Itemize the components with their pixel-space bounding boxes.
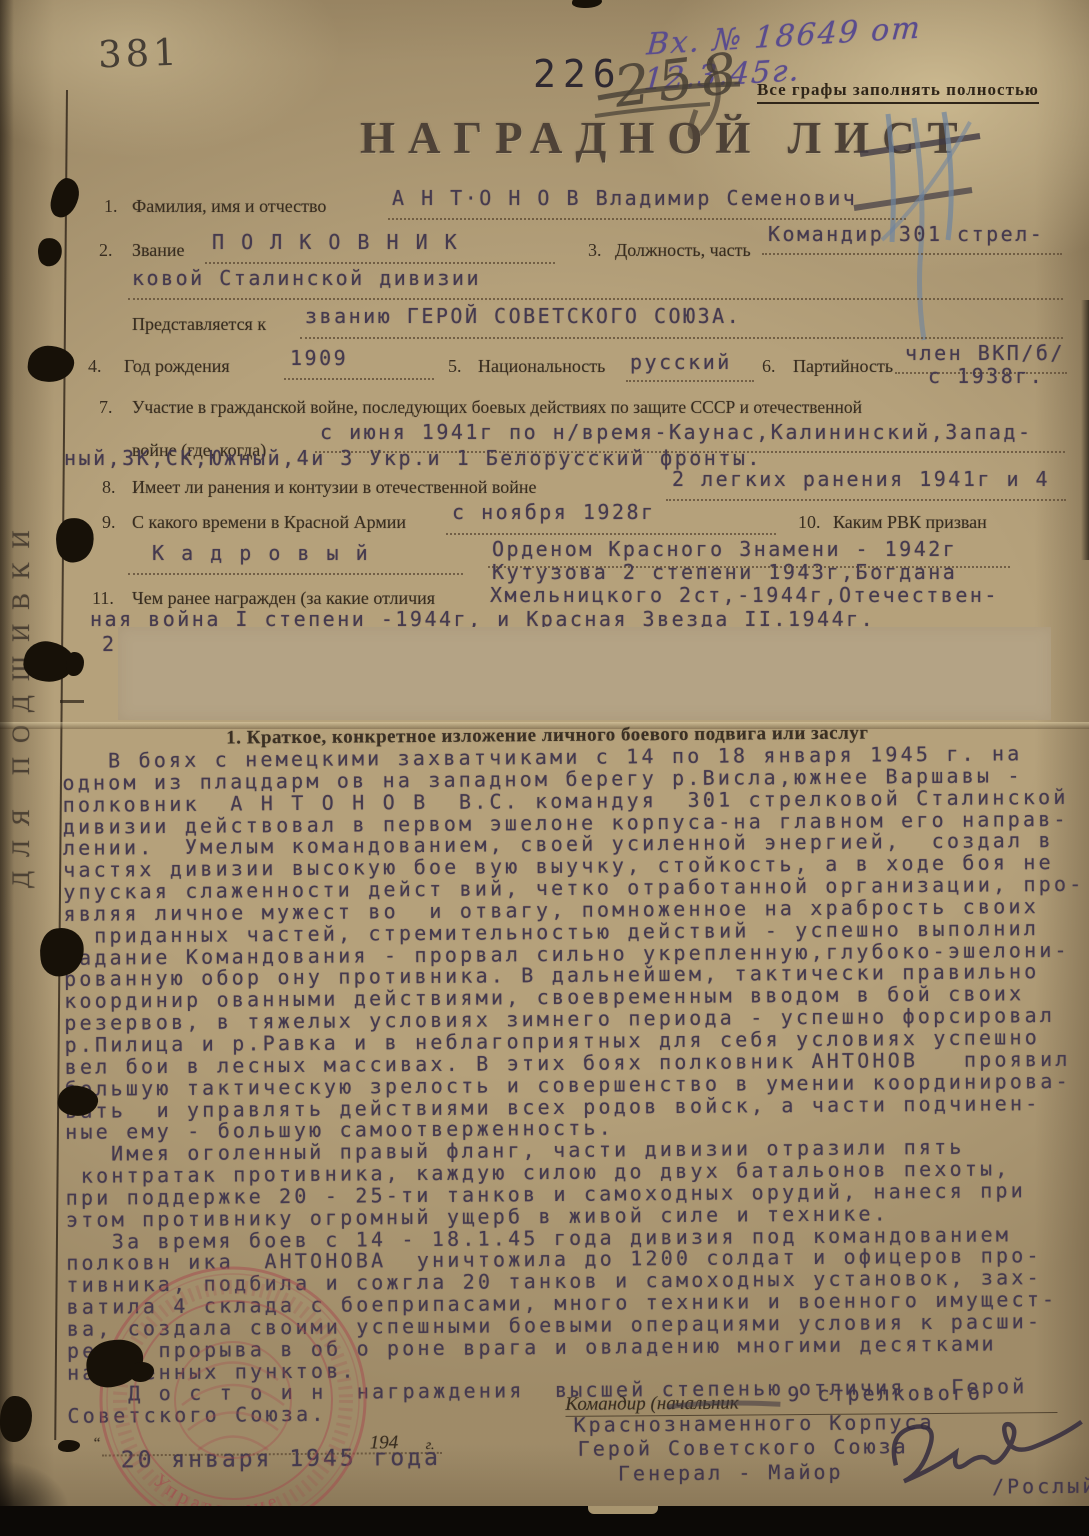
award-sheet-scan: 381 Вх. № 18649 от 12.3.45г. 226 258 Все… bbox=[0, 0, 1089, 1536]
signature-name: /Рослый/ bbox=[992, 1474, 1089, 1499]
form-line bbox=[626, 379, 754, 382]
rank-line: Генерал - Майор bbox=[618, 1460, 844, 1486]
form-line bbox=[128, 297, 1063, 300]
field6-value-line2: с 1938г. bbox=[928, 364, 1044, 388]
fill-instruction: Все графы заполнять полностью bbox=[757, 80, 1039, 104]
field11-label: Чем ранее награжден (за какие отличия bbox=[132, 588, 435, 609]
field1-value: А Н Т·О Н О В Владимир Семенович bbox=[392, 186, 857, 210]
field11-number: 11. bbox=[92, 588, 114, 609]
field9-label: С какого времени в Красной Армии bbox=[132, 512, 406, 533]
scan-edge-left bbox=[0, 0, 14, 1536]
field12-partial: 2 bbox=[102, 632, 117, 656]
awards-line3: Хмельницкого 2ст,-1944г,Отечествен- bbox=[490, 583, 999, 607]
field5-value: русский bbox=[630, 350, 732, 374]
form-line bbox=[762, 252, 1062, 255]
field6-value-line1: член ВКП/б/ bbox=[905, 341, 1065, 365]
form-line bbox=[666, 498, 1066, 501]
form-line bbox=[388, 217, 906, 220]
punch-hole bbox=[27, 344, 76, 384]
field3-number: 3. bbox=[588, 240, 602, 261]
field2-label: Звание bbox=[132, 240, 185, 261]
field7-label: Участие в гражданской войне, последующих… bbox=[132, 397, 862, 418]
field10-value: К а д р о в ы й bbox=[152, 541, 370, 565]
field2-number: 2. bbox=[99, 240, 113, 261]
field4-number: 4. bbox=[88, 356, 102, 377]
field10-number: 10. bbox=[798, 512, 821, 533]
erased-region bbox=[118, 627, 1051, 720]
punch-hole bbox=[53, 516, 97, 565]
field7-number: 7. bbox=[99, 397, 113, 418]
field3-value-line1: Командир 301 стрел- bbox=[768, 222, 1044, 246]
field3-label: Должность, часть bbox=[615, 240, 751, 261]
punch-hole bbox=[66, 652, 84, 676]
corner-shadow bbox=[0, 1460, 70, 1510]
form-line bbox=[284, 377, 434, 380]
punch-hole bbox=[48, 175, 83, 220]
hero-line: Герой Советского Союза bbox=[578, 1434, 909, 1461]
field10-label: Каким РВК призван bbox=[833, 512, 987, 533]
present-label: Представляется к bbox=[132, 314, 266, 335]
field8-value: 2 легких ранения 1941г и 4 bbox=[672, 467, 1050, 491]
form-line bbox=[205, 261, 555, 264]
field8-number: 8. bbox=[102, 477, 116, 498]
field9-number: 9. bbox=[102, 512, 116, 533]
field4-value: 1909 bbox=[290, 346, 348, 370]
scan-edge-bottom bbox=[0, 1506, 1089, 1536]
form-line bbox=[446, 532, 776, 535]
awards-line1: Орденом Красного Знамени - 1942г bbox=[492, 537, 957, 561]
field3-value-line2: ковой Сталинской дивизии bbox=[132, 266, 481, 290]
field5-number: 5. bbox=[448, 356, 462, 377]
awards-line2: Кутузова 2 степени 1943г,Богдана bbox=[492, 560, 957, 584]
edge-nick bbox=[572, 0, 602, 8]
paper-notch bbox=[588, 1506, 658, 1514]
field8-label: Имеет ли ранения и контузии в отечествен… bbox=[132, 477, 537, 498]
field1-label: Фамилия, имя и отчество bbox=[132, 196, 326, 217]
field7-value-line1: с июня 1941г по н/время-Каунас,Калининск… bbox=[320, 420, 1033, 444]
form-line bbox=[300, 336, 1063, 339]
form-line bbox=[128, 572, 463, 575]
field5-label: Национальность bbox=[478, 356, 605, 377]
corps-line: Краснознаменного Корпуса bbox=[573, 1410, 934, 1437]
margin-tick bbox=[60, 700, 84, 703]
field7-value-line2: ный,ЗК,СК,Южный,4и 3 Укр.и 1 Белорусский… bbox=[64, 446, 762, 470]
registry-number: 381 bbox=[97, 31, 181, 77]
field9-value: с ноября 1928г bbox=[452, 500, 656, 524]
field6-label: Партийность bbox=[793, 356, 893, 377]
field1-number: 1. bbox=[104, 196, 118, 217]
punch-hole bbox=[36, 236, 64, 267]
field2-value: П О Л К О В Н И К bbox=[212, 230, 459, 254]
field6-number: 6. bbox=[762, 356, 776, 377]
round-seal-stamp: Управление bbox=[70, 1245, 410, 1535]
field4-label: Год рождения bbox=[124, 356, 230, 377]
present-value: званию ГЕРОЙ СОВЕТСКОГО СОЮЗА. bbox=[305, 304, 741, 328]
scan-edge-right bbox=[1081, 300, 1089, 560]
